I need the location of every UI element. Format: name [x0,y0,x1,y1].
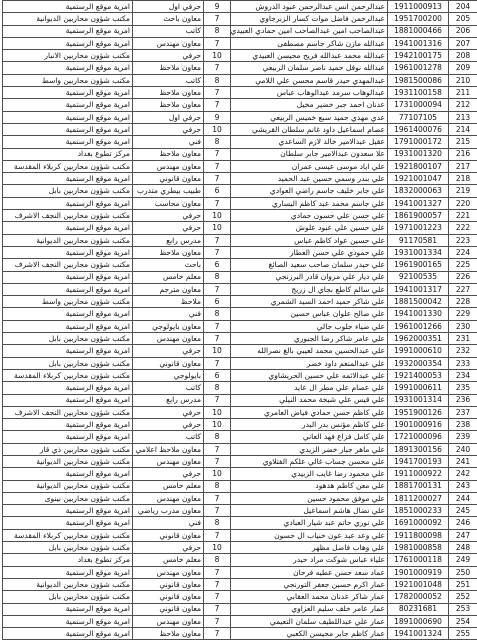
cell-name: علي سالم كاطع بجاي ال زريج [231,283,388,295]
cell-office: مكتب شؤون محاربين الديوانية [3,578,133,590]
cell-grade: 7 [204,197,231,209]
table-row: 2061881000466عبدالصاحب امين عبدالصاحب ام… [3,25,477,37]
cell-office: مكتب شؤون محاربين ذي قار [3,443,133,455]
cell-job: معاون مهندس [133,615,204,627]
cell-grade: 8 [204,517,231,529]
cell-seq: 215 [449,136,477,148]
cell-office: امرية موقع الرستمية [3,123,133,135]
table-row: 2371951900126علي كاظم حسن حمادي فياض الع… [3,406,477,418]
cell-id: 91170581 [388,234,449,246]
table-row: 2121731000094عدنان احمد جبر خضير مخيل7مع… [3,99,477,111]
cell-office: امرية موقع الرستمية [3,566,133,578]
cell-id: 1941001317 [388,283,449,295]
cell-id: 1901000919 [388,566,449,578]
cell-name: علي عصام علي مطر ال عايد [231,382,388,394]
cell-seq: 218 [449,173,477,185]
cell-name: علا سعدون عبدالامير جابر سلطان [231,148,388,160]
cell-job: معاون باحث [133,13,204,25]
table-row: 2101981500086عبدالمهدي حيدر قاسم محسن عل… [3,74,477,86]
table-row: 2181921001047علي بندر وسمي حسين عبد الحم… [3,173,477,185]
cell-id: 1851000233 [388,505,449,517]
cell-id: 1911000913 [388,1,449,13]
cell-seq: 228 [449,296,477,308]
cell-id: 1981500086 [388,74,449,86]
cell-office: مركز تطوع بغداد [3,554,133,566]
cell-id: 1942100175 [388,50,449,62]
cell-seq: 234 [449,369,477,381]
cell-seq: 231 [449,333,477,345]
cell-job: معاون ملاحظ اعلامي [133,443,204,455]
cell-office: امرية موقع الرستمية [3,37,133,49]
table-row: 2081942100175عبدالله محمد عبدالله فريح م… [3,50,477,62]
cell-grade: 9 [204,1,231,13]
cell-seq: 209 [449,62,477,74]
cell-seq: 206 [449,25,477,37]
cell-name: عمار اكرم حسين جعفر التورنجي [231,578,388,590]
cell-grade: 7 [204,99,231,111]
cell-id: 1761000118 [388,554,449,566]
cell-office: امرية موقع الرستمية [3,505,133,517]
cell-name: علي موفق محمود حسين [231,492,388,504]
cell-office: مكتب شؤون محاربين بابل [3,591,133,603]
cell-seq: 223 [449,234,477,246]
cell-grade: 7 [204,566,231,578]
cell-grade: 8 [204,431,231,443]
table-row: 2401891300156علي ماهر جبار خضر الزيدي7مع… [3,443,477,455]
cell-office: امرية موقع الرستمية [3,1,133,13]
cell-grade: 6 [204,259,231,271]
table-row: 22692100535علي ديار علي مروان قادر البرز… [3,271,477,283]
cell-name: علي ضياء جلوب جالي [231,320,388,332]
table-row: 2511921001048عمار اكرم حسين جعفر التورنج… [3,578,477,590]
cell-grade: 10 [204,406,231,418]
table-row: 2491761000118علياء عباس شوكت مراد حيدر8م… [3,554,477,566]
cell-grade: 6 [204,185,231,197]
cell-name: علي اياد موسى عيسى عمران [231,160,388,172]
cell-job: مدرس رابع [133,234,204,246]
table-row: 2251961900165علي حيدر سلمان صاحب سعيد ال… [3,259,477,271]
cell-office: امرية موقع الرستمية [3,271,133,283]
cell-name: علي عامر شاكر رضا الجبوري [231,333,388,345]
cell-grade: 7 [204,13,231,25]
cell-grade: 7 [204,455,231,467]
cell-seq: 248 [449,542,477,554]
cell-job: معاون ملاحظ [133,246,204,258]
cell-name: علي نضال هاشم اسماعيل [231,505,388,517]
cell-id: 1921001047 [388,173,449,185]
cell-name: علي عبدالحسين محمد لعيبي بالغ نصرالله [231,345,388,357]
cell-seq: 220 [449,197,477,209]
cell-name: علي كاظم حسن حمادي فياض العامري [231,406,388,418]
cell-job: معاون قانوني [133,357,204,369]
cell-name: عبدالصاحب امين عبدالصاحب امين حمادي العب… [231,25,388,37]
cell-grade: 7 [204,615,231,627]
cell-grade: 7 [204,87,231,99]
cell-office: مركز تطوع بغداد [3,148,133,160]
cell-job: بايولوجي [133,369,204,381]
cell-seq: 239 [449,431,477,443]
cell-office: مكتب شؤون محاربين بابل [3,185,133,197]
cell-id: 1931001320 [388,148,449,160]
cell-job: معاون ملاحظ [133,87,204,99]
cell-office: امرية موقع الرستمية [3,615,133,627]
cell-office: امرية موقع الرستمية [3,419,133,431]
cell-name: عمار شاكر عدنان محمد العقابي [231,591,388,603]
cell-seq: 242 [449,468,477,480]
cell-name: علي صالح علوان عباس حسين [231,308,388,320]
cell-office: مكتب شؤون محاربين نينوى [3,492,133,504]
cell-job: معاون ملاحظ [133,148,204,160]
cell-seq: 221 [449,210,477,222]
table-row: 2221971001223علي حسين علي عبود علوش10حرف… [3,222,477,234]
cell-seq: 254 [449,615,477,627]
cell-grade: 7 [204,246,231,258]
cell-job: معاون قانوني [133,173,204,185]
cell-name: علي وهاب فاضل مظهر [231,542,388,554]
cell-grade: 7 [204,283,231,295]
cell-seq: 237 [449,406,477,418]
cell-name: علي عبدالائمه علي حسين الحريشاوي [231,369,388,381]
cell-grade: 7 [204,37,231,49]
cell-name: علياء عباس شوكت مراد حيدر [231,554,388,566]
cell-grade: 7 [204,148,231,160]
cell-job: مدرس رابع [133,394,204,406]
cell-id: 1921800107 [388,160,449,172]
cell-id: 1901000916 [388,419,449,431]
cell-grade: 7 [204,443,231,455]
cell-id: 1921400053 [388,369,449,381]
cell-seq: 244 [449,492,477,504]
cell-office: مكتب شؤون محاربين بابل [3,357,133,369]
table-row: 2501901000919عماد سعد حسن عطيه فرحان7معا… [3,566,477,578]
cell-office: امرية موقع الرستمية [3,320,133,332]
cell-id: 1891300156 [388,443,449,455]
table-row: 2481981000858علي وهاب فاضل مظهر10حرفيمكت… [3,542,477,554]
cell-seq: 240 [449,443,477,455]
cell-seq: 238 [449,419,477,431]
cell-job: طبيب بيطري متدرب [133,185,204,197]
cell-grade: 7 [204,234,231,246]
cell-name: عصام اسماعيل داود غانم سلطان القريشي [231,123,388,135]
cell-id: 1941700193 [388,455,449,467]
cell-grade: 7 [204,394,231,406]
cell-job: كاتب [133,431,204,443]
cell-name: علي حسين عواد كاظم عباس [231,234,388,246]
cell-id: 1782000052 [388,591,449,603]
cell-seq: 235 [449,382,477,394]
cell-office: مكتب شؤون محاربين الديوانية [3,234,133,246]
cell-seq: 243 [449,480,477,492]
cell-name: عبدالرحمن انس عبدالرحمن عبود الدروش [231,1,388,13]
cell-name: عمار كاظم جابر محيسن الكعبي [231,628,388,640]
cell-job: كاتب [133,25,204,37]
cell-grade: 7 [204,62,231,74]
cell-grade: 10 [204,345,231,357]
cell-office: امرية موقع الرستمية [3,173,133,185]
cell-seq: 252 [449,591,477,603]
cell-job: كاتب [133,74,204,86]
cell-office: امرية موقع الرستمية [3,468,133,480]
table-row: 2421911000922علي محمود رضا غايب الزبيدي1… [3,468,477,480]
document-page: 2041911000913عبدالرحمن انس عبدالرحمن عبو… [0,0,477,640]
cell-grade: 10 [204,210,231,222]
cell-name: علي شاكر حميد احمد السيد الشمري [231,296,388,308]
cell-seq: 246 [449,517,477,529]
cell-job: حرفي [133,50,204,62]
cell-office: مكتب شؤون محاربين واسط [3,296,133,308]
table-row: 2071941001316عبدالله مازن شاكر جاسم مصطف… [3,37,477,49]
cell-id: 1921001048 [388,578,449,590]
cell-office: امرية موقع الرستمية [3,382,133,394]
cell-office: امرية موقع الرستمية [3,308,133,320]
cell-job: كاتب [133,382,204,394]
cell-office: مكتب شؤون محاربين بابل [3,542,133,554]
table-row: 2461691000092علي نوري حاتم عبد شيار العب… [3,517,477,529]
cell-seq: 211 [449,87,477,99]
cell-id: 80231681 [388,603,449,615]
cell-grade: 10 [204,123,231,135]
cell-id: 1911800098 [388,529,449,541]
cell-id: 1962000351 [388,333,449,345]
cell-id: 1991000610 [388,345,449,357]
cell-id: 1911000922 [388,468,449,480]
cell-seq: 251 [449,578,477,590]
cell-name: علي محسن جساب غالي علكم الفتلاوي [231,455,388,467]
cell-id: 1832000063 [388,185,449,197]
cell-job: معاون قانوني [133,529,204,541]
cell-grade: 8 [204,136,231,148]
cell-job: حرفي [133,419,204,431]
cell-office: مكتب شؤون محاربين كربلاء المقدسة [3,160,133,172]
cell-seq: 255 [449,628,477,640]
cell-grade: 7 [204,529,231,541]
cell-office: مكتب شؤون محاربين بابل [3,333,133,345]
cell-office: مكتب شؤون محاربين النجف الاشرف [3,210,133,222]
cell-grade: 8 [204,480,231,492]
cell-name: عماد سعد حسن عطيه فرحان [231,566,388,578]
cell-office: مكتب شؤون محاربين الانبار [3,50,133,62]
cell-id: 1691000092 [388,517,449,529]
table-body: 2041911000913عبدالرحمن انس عبدالرحمن عبو… [3,1,477,640]
table-row: 2391721000096علي كامل فزاع فهد العاني8كا… [3,431,477,443]
cell-job: حرفي [133,406,204,418]
cell-office: مكتب شؤون محاربين الديوانية [3,480,133,492]
cell-seq: 214 [449,123,477,135]
cell-grade: 7 [204,173,231,185]
cell-job: معاون ملاحظ [133,99,204,111]
cell-id: 1951700200 [388,13,449,25]
cell-id: 1981000858 [388,542,449,554]
cell-id: 1861900057 [388,210,449,222]
cell-job: معاون مهندس [133,566,204,578]
cell-office: امرية موقع الرستمية [3,345,133,357]
cell-job: حرفي [133,222,204,234]
cell-job: حرفي [133,468,204,480]
cell-job: معاون بايولوجي [133,320,204,332]
cell-office: امرية موقع الرستمية [3,197,133,209]
cell-grade: 9 [204,111,231,123]
cell-office: امرية موقع الرستمية [3,628,133,640]
table-row: 2311962000351علي عامر شاكر رضا الجبوري7م… [3,333,477,345]
table-row: 2431881700131علي معن كاظم هدهود8معلم خام… [3,480,477,492]
cell-job: معاون ملاحظ [133,628,204,640]
table-row: 2521782000052عمار شاكر عدنان محمد العقاب… [3,591,477,603]
table-row: 21377107105عدي مهدي حميد سبع خميس الربيع… [3,111,477,123]
cell-office: امرية موقع الرستمية [3,517,133,529]
personnel-table: 2041911000913عبدالرحمن انس عبدالرحمن عبو… [2,0,477,640]
cell-id: 1941001324 [388,628,449,640]
table-row: 2201941001327علي جاسم محمد عبد كاظم اليس… [3,197,477,209]
cell-job: حرفي اول [133,1,204,13]
table-row: 22391170581علي حسين عواد كاظم عباس7مدرس … [3,234,477,246]
cell-job: معاون مهندس [133,455,204,467]
cell-job: باحث [133,259,204,271]
cell-seq: 229 [449,308,477,320]
table-row: 2331932000354علي عبدالمنعم داود خضر7معاو… [3,357,477,369]
cell-office: مكتب شؤون محاربين الديوانية [3,455,133,467]
cell-name: عمار عامر خلف سليم العزاوي [231,603,388,615]
table-row: 2301961001266علي ضياء جلوب جالي7معاون با… [3,320,477,332]
cell-id: 1961001278 [388,62,449,74]
table-row: 2271941001317علي سالم كاطع بجاي ال زريج7… [3,283,477,295]
cell-seq: 230 [449,320,477,332]
cell-seq: 241 [449,455,477,467]
cell-grade: 10 [204,222,231,234]
table-row: 2411941700193علي محسن جساب غالي علكم الف… [3,455,477,467]
cell-grade: 8 [204,554,231,566]
cell-id: 1971001223 [388,222,449,234]
cell-seq: 219 [449,185,477,197]
cell-job: معاون مهندس [133,492,204,504]
cell-seq: 212 [449,99,477,111]
cell-id: 1931001314 [388,394,449,406]
cell-name: علي ماهر جبار خضر الزيدي [231,443,388,455]
cell-grade: 10 [204,50,231,62]
table-row: 2441811200027علي موفق محمود حسين7معاون م… [3,492,477,504]
cell-seq: 227 [449,283,477,295]
table-row: 2281881500042علي شاكر حميد احمد السيد ال… [3,296,477,308]
cell-name: علي حيدر سلمان صاحب سعيد الصائغ [231,259,388,271]
cell-office: مكتب شؤون محاربين النجف الاشرف [3,259,133,271]
table-row: 2191832000063علي جابر خليف جاسم راضي الع… [3,185,477,197]
cell-seq: 253 [449,603,477,615]
table-row: 2451851000233علي نضال هاشم اسماعيل7معاون… [3,505,477,517]
cell-grade: 7 [204,505,231,517]
cell-id: 1991000611 [388,382,449,394]
cell-grade: 10 [204,419,231,431]
cell-name: علي بندر وسمي حسين عبد الحميد [231,173,388,185]
cell-grade: 7 [204,603,231,615]
cell-grade: 8 [204,382,231,394]
cell-name: علي عبدالمنعم داود خضر [231,357,388,369]
cell-seq: 245 [449,505,477,517]
cell-id: 1791000172 [388,136,449,148]
cell-name: علي محمود رضا غايب الزبيدي [231,468,388,480]
cell-id: 1811200027 [388,492,449,504]
cell-id: 1881700131 [388,480,449,492]
table-row: 2551941001324عمار كاظم جابر محيسن الكعبي… [3,628,477,640]
cell-id: 1961400076 [388,123,449,135]
cell-name: علي كامل فزاع فهد العاني [231,431,388,443]
table-row: 2321991000610علي عبدالحسين محمد لعيبي با… [3,345,477,357]
cell-office: امرية موقع الرستمية [3,283,133,295]
cell-office: امرية موقع الرستمية [3,99,133,111]
table-row: 2171921800107علي اياد موسى عيسى عمران7مع… [3,160,477,172]
cell-seq: 226 [449,271,477,283]
cell-name: علي قيس علي شيخة محمد النيلي [231,394,388,406]
cell-job: معلم خامس [133,554,204,566]
cell-grade: 8 [204,74,231,86]
table-row: 2051951700200عبدالرحمن فاضل موات كسار ال… [3,13,477,25]
cell-id: 1881500042 [388,296,449,308]
cell-office: امرية موقع الرستمية [3,62,133,74]
cell-job: معاون قانوني [133,578,204,590]
cell-job: معاون مهندس [133,160,204,172]
table-row: 2241931001334علي حمودي علي حسن العطار7مع… [3,246,477,258]
cell-name: علي جابر خليف جاسم راضي العوادي [231,185,388,197]
table-row: 2151791000172عقيل عبدالامير خالد لازم ال… [3,136,477,148]
cell-id: 1721000096 [388,431,449,443]
cell-grade: 7 [204,357,231,369]
table-row: 2091961001278عبدالله نوفل حميد ناصر سلما… [3,62,477,74]
table-row: 2541891000690عمار علي عبداللطيف سلمان ال… [3,615,477,627]
cell-grade: 7 [204,628,231,640]
cell-job: معاون محاسب [133,197,204,209]
cell-seq: 217 [449,160,477,172]
cell-job: معاون مهندس [133,37,204,49]
cell-id: 1941001327 [388,197,449,209]
cell-seq: 250 [449,566,477,578]
cell-name: عبدالوهاب سرمد عبدالوهاب عباس [231,87,388,99]
cell-grade: 8 [204,308,231,320]
cell-office: امرية موقع الرستمية [3,25,133,37]
cell-grade: 7 [204,578,231,590]
cell-id: 1932000354 [388,357,449,369]
cell-id: 92100535 [388,271,449,283]
table-row: 2161931001320علا سعدون عبدالامير جابر سل… [3,148,477,160]
cell-office: امرية موقع الرستمية [3,136,133,148]
cell-seq: 204 [449,1,477,13]
cell-office: امرية موقع الرستمية [3,222,133,234]
cell-id: 1941001316 [388,37,449,49]
cell-seq: 210 [449,74,477,86]
cell-grade: 10 [204,468,231,480]
cell-id: 1961001266 [388,320,449,332]
cell-job: فني [133,136,204,148]
cell-office: امرية موقع الرستمية [3,246,133,258]
cell-name: علي جاسم محمد عبد كاظم اليساري [231,197,388,209]
cell-job: معلم خامس [133,480,204,492]
cell-seq: 232 [449,345,477,357]
cell-grade: 6 [204,296,231,308]
cell-job: معاون قانوني [133,591,204,603]
cell-seq: 247 [449,529,477,541]
cell-office: امرية موقع الرستمية [3,111,133,123]
table-row: 2361931001314علي قيس علي شيخة محمد النيل… [3,394,477,406]
cell-name: عقيل عبدالامير خالد لازم الساعدي [231,136,388,148]
table-row: 2141961400076عصام اسماعيل داود غانم سلطا… [3,123,477,135]
cell-seq: 225 [449,259,477,271]
table-row: 25380231681عمار عامر خلف سليم العزاوي7مع… [3,603,477,615]
cell-seq: 236 [449,394,477,406]
cell-job: معاون مترجم [133,283,204,295]
cell-name: عبدالله مازن شاكر جاسم مصطفى [231,37,388,49]
cell-name: عبدالمهدي حيدر قاسم محسن علي اللامي [231,74,388,86]
cell-job: معاون ملاحظ [133,62,204,74]
cell-seq: 233 [449,357,477,369]
cell-id: 1931100158 [388,87,449,99]
cell-grade: 8 [204,271,231,283]
